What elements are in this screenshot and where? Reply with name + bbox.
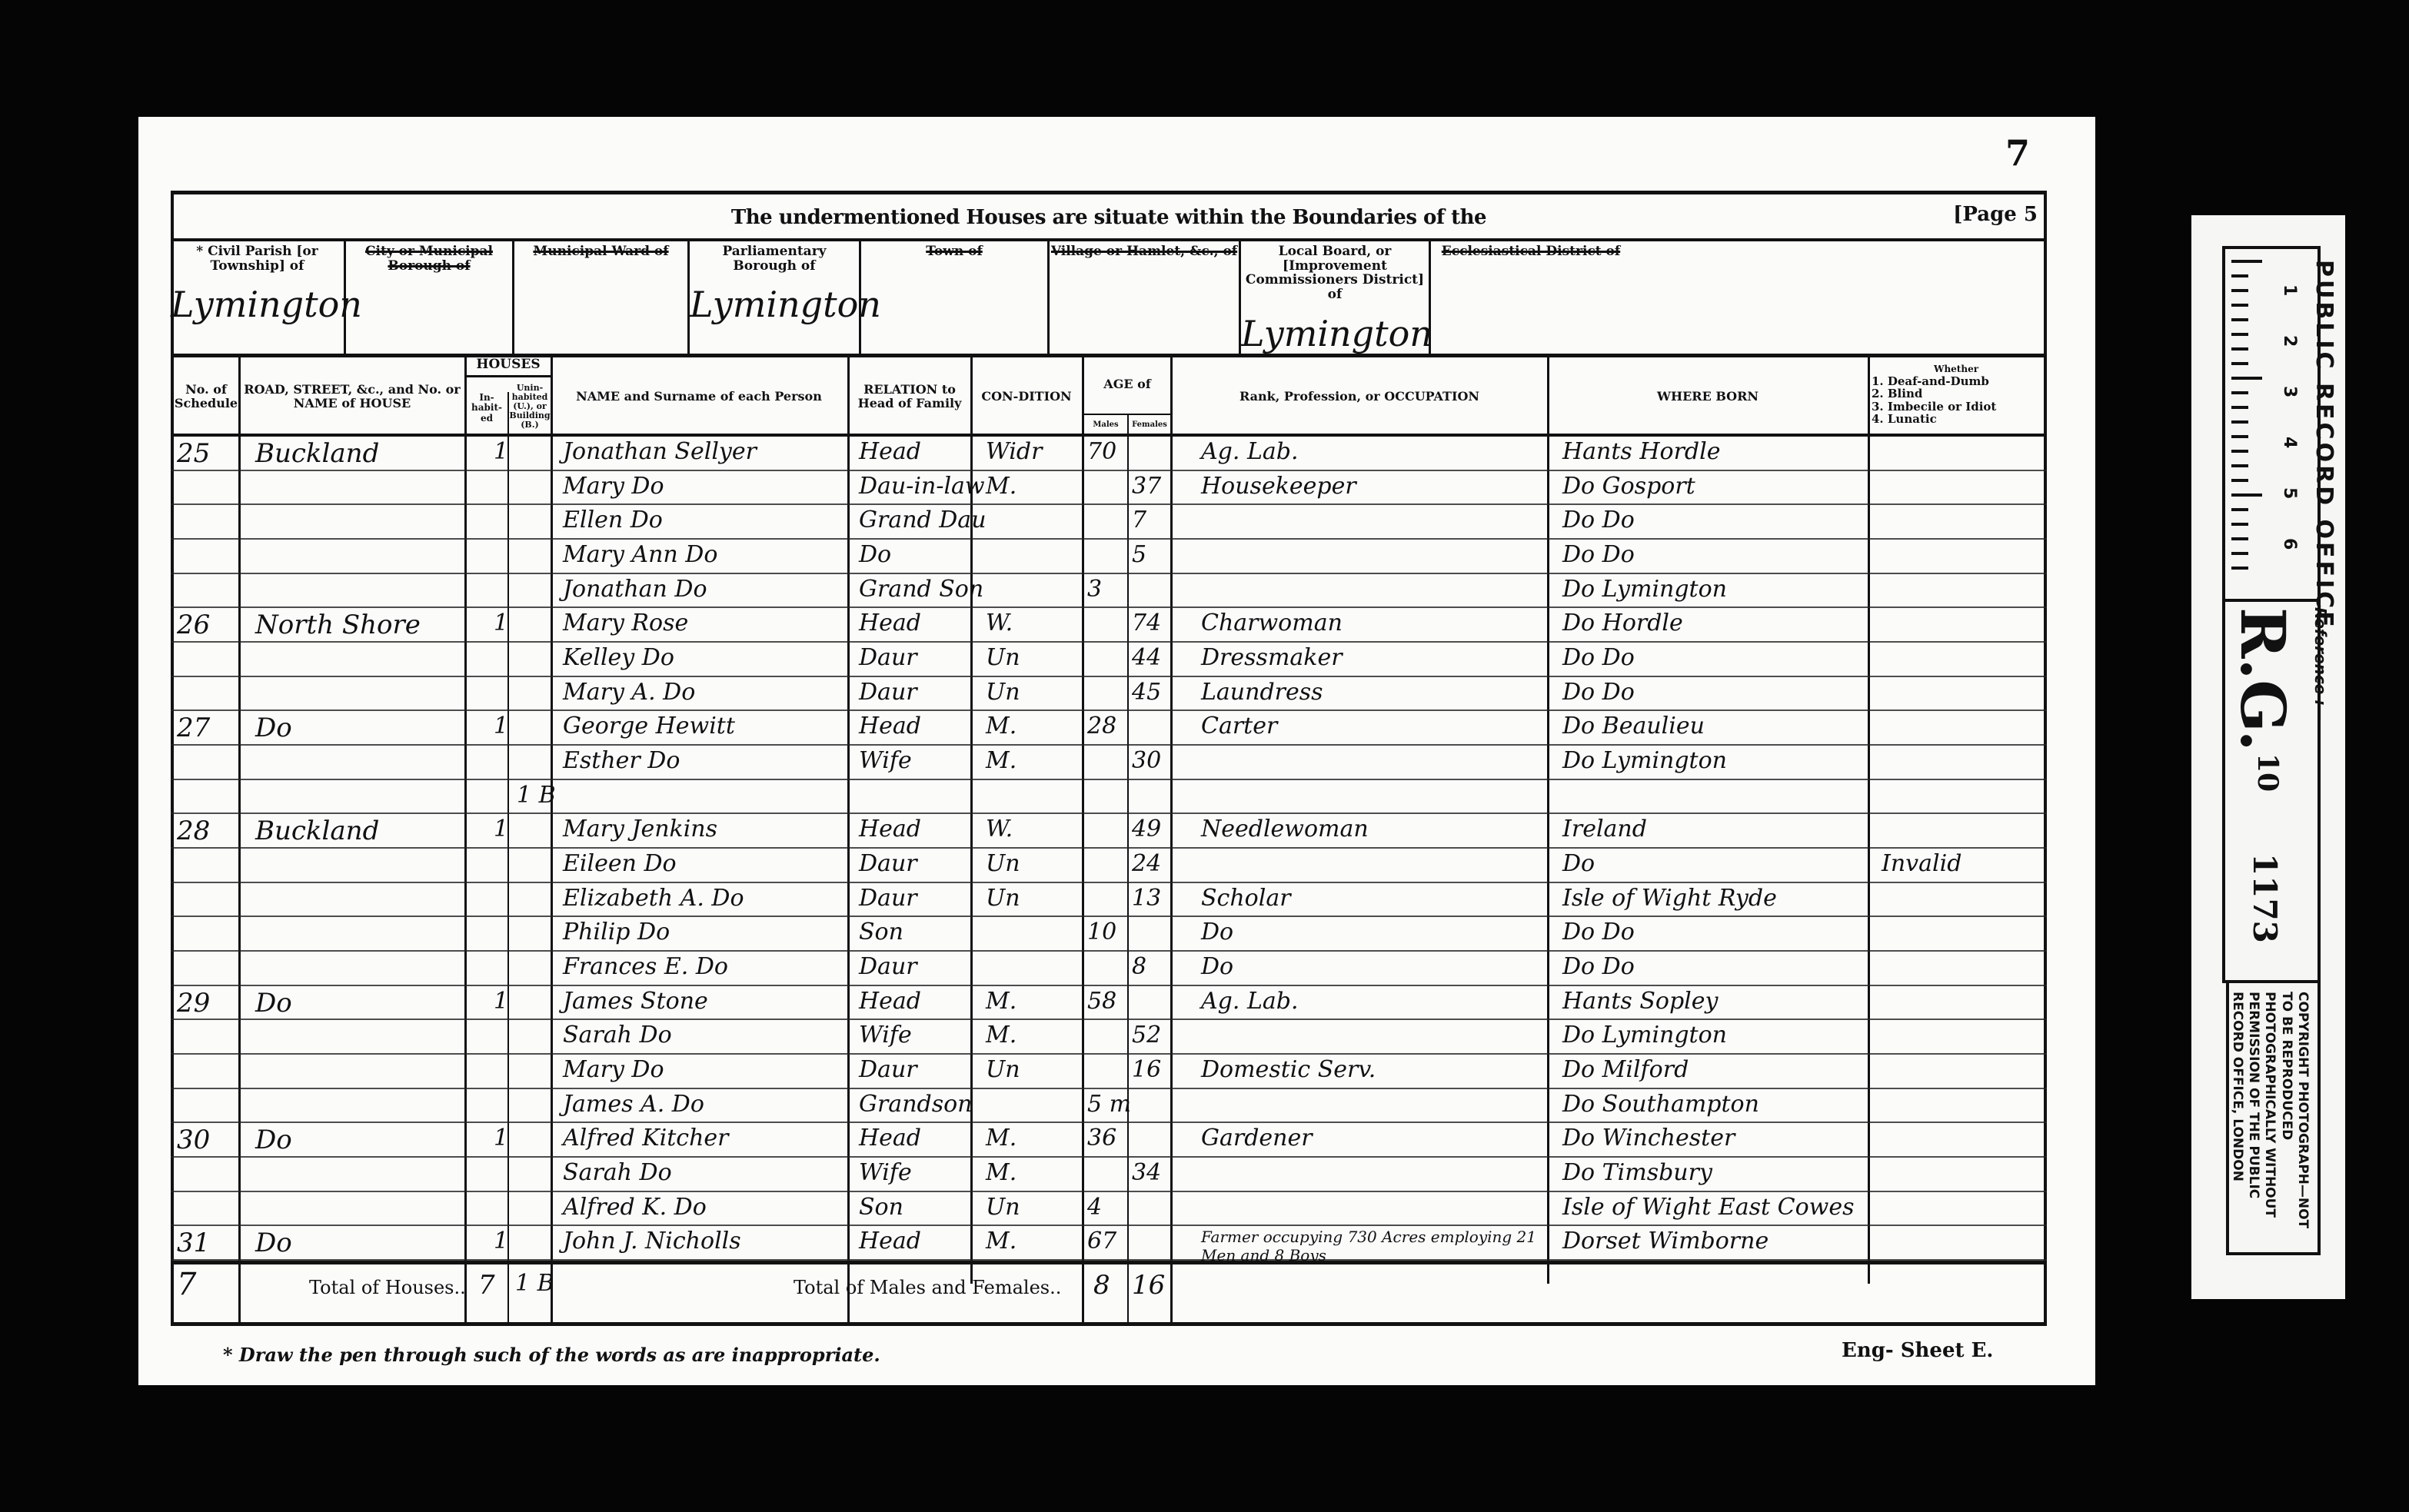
table-row: Eileen DoDaurUn24DoInvalid [171, 849, 1862, 883]
cell-name: George Hewitt [563, 713, 735, 739]
cell-road: Buckland [255, 816, 379, 846]
cell-occupation: Gardener [1201, 1125, 1313, 1151]
totals-schedule-mark: 7 [177, 1267, 196, 1302]
cell-condition: W. [986, 816, 1013, 842]
cell-road: Buckland [255, 438, 379, 469]
cell-female-age: 34 [1132, 1159, 1161, 1186]
cell-where-born: Do Do [1562, 644, 1635, 671]
cell-name: Elizabeth A. Do [563, 885, 744, 912]
table-row: 28Buckland1Mary JenkinsHeadW.49Needlewom… [171, 814, 1862, 849]
totals-houses-inhabited: 7 [478, 1270, 495, 1301]
cell-uninhabited: 1 B [517, 782, 556, 809]
cell-inhabited: 1 [494, 988, 508, 1015]
cell-relation: Grandson [859, 1091, 973, 1118]
cell-female-age: 52 [1132, 1022, 1161, 1048]
cell-relation: Head [859, 610, 921, 636]
cell-relation: Head [859, 1125, 921, 1151]
ruler-tick [2231, 362, 2248, 365]
reference-series: R.G. [2227, 607, 2299, 752]
cell-where-born: Do Do [1562, 919, 1635, 945]
cell-condition: Un [986, 1194, 1020, 1221]
cell-name: Mary Ann Do [563, 541, 717, 568]
scale-number: 3 [2280, 386, 2299, 397]
cell-name: Mary Rose [563, 610, 688, 636]
cell-name: Alfred K. Do [563, 1194, 707, 1221]
header-divider [171, 354, 2047, 357]
col-inhabited: In-habit-ed [467, 381, 507, 435]
reference-piece: 1173 [2246, 853, 2284, 943]
civil-parish-value: Lymington [171, 284, 344, 325]
cell-name: Eileen Do [563, 850, 677, 877]
cell-male-age: 4 [1087, 1194, 1102, 1221]
cell-condition: M. [986, 1125, 1017, 1151]
area-municipal-ward: Municipal Ward of [514, 238, 687, 354]
reference-label: Reference :— [2311, 607, 2330, 721]
cell-occupation: Do [1201, 919, 1233, 945]
totals-males: 8 [1093, 1270, 1110, 1301]
cell-relation: Daur [859, 644, 917, 671]
census-form: The undermentioned Houses are situate wi… [171, 191, 2047, 1324]
cell-occupation: Domestic Serv. [1201, 1056, 1376, 1083]
cell-where-born: Do [1562, 850, 1595, 877]
cell-road: Do [255, 1228, 292, 1258]
cell-female-age: 5 [1132, 541, 1146, 568]
parliamentary-borough-value: Lymington [690, 284, 859, 325]
cell-relation: Head [859, 816, 921, 842]
ruler-tick [2231, 304, 2248, 307]
ruler-tick [2231, 552, 2248, 555]
cell-where-born: Do Do [1562, 507, 1635, 533]
cell-name: Ellen Do [563, 507, 663, 533]
col-uninhabited: Unin-habited (U.), or Building (B.) [509, 378, 551, 435]
table-row: Frances E. DoDaur8DoDo Do [171, 952, 1862, 986]
cell-where-born: Do Milford [1562, 1056, 1689, 1083]
table-row: 31Do1John J. NichollsHeadM.67Farmer occu… [171, 1226, 1862, 1261]
cell-condition: M. [986, 1228, 1017, 1254]
cell-female-age: 7 [1132, 507, 1146, 533]
ruler-tick [2231, 479, 2248, 482]
table-row: 26North Shore1Mary RoseHeadW.74Charwoman… [171, 608, 1862, 643]
table-row: Elizabeth A. DoDaurUn13ScholarIsle of Wi… [171, 883, 1862, 918]
cell-occupation: Needlewoman [1201, 816, 1369, 842]
scale-number: 2 [2280, 335, 2299, 347]
table-row: 1 B [171, 780, 1862, 815]
cell-relation: Daur [859, 1056, 917, 1083]
cell-where-born: Do Lymington [1562, 576, 1727, 603]
cell-name: Jonathan Do [563, 576, 707, 603]
cell-occupation: Ag. Lab. [1201, 988, 1299, 1015]
cell-male-age: 5 m [1087, 1091, 1131, 1118]
cell-female-age: 74 [1132, 610, 1161, 636]
area-village: Village or Hamlet, &c., of [1050, 238, 1239, 354]
cell-male-age: 3 [1087, 576, 1102, 603]
ruler-tick [2231, 537, 2248, 540]
cell-relation: Son [859, 919, 903, 945]
cell-condition: M. [986, 473, 1017, 500]
area-town: Town of [861, 238, 1047, 354]
table-row: Mary DoDau-in-lawM.37HousekeeperDo Gospo… [171, 471, 1862, 506]
cell-female-age: 45 [1132, 679, 1161, 706]
cell-female-age: 49 [1132, 816, 1161, 842]
table-row: James A. DoGrandson5 mDo Southampton [171, 1089, 1862, 1124]
cell-name: James Stone [563, 988, 708, 1015]
scale-number: 1 [2280, 284, 2299, 296]
cell-relation: Daur [859, 885, 917, 912]
cell-female-age: 30 [1132, 747, 1161, 774]
cell-schedule: 26 [177, 610, 210, 640]
cell-where-born: Do Do [1562, 679, 1635, 706]
cell-occupation: Scholar [1201, 885, 1291, 912]
cell-occupation: Dressmaker [1201, 644, 1343, 671]
ruler-tick [2231, 450, 2248, 453]
cell-relation: Grand Dau [859, 507, 987, 533]
sheet-label: Eng- Sheet E. [1842, 1339, 1993, 1362]
cell-name: Alfred Kitcher [563, 1125, 728, 1151]
ruler-tick [2231, 347, 2248, 351]
cell-name: Mary Do [563, 1056, 664, 1083]
cell-road: Do [255, 713, 292, 743]
col-schedule: No. of Schedule [174, 361, 238, 432]
cell-relation: Wife [859, 1159, 912, 1186]
page-corner-number: 7 [2005, 132, 2030, 174]
ruler-tick [2231, 260, 2262, 263]
cell-name: Mary Do [563, 473, 664, 500]
cell-name: Esther Do [563, 747, 680, 774]
cell-condition: Un [986, 679, 1020, 706]
cell-name: John J. Nicholls [563, 1228, 741, 1254]
form-title: The undermentioned Houses are situate wi… [171, 206, 2047, 229]
ruler-tick [2231, 523, 2248, 526]
cell-condition: Un [986, 850, 1020, 877]
col-road: ROAD, STREET, &c., and No. or NAME of HO… [241, 361, 464, 432]
cell-disability: Invalid [1882, 850, 1961, 877]
cell-inhabited: 1 [494, 1125, 508, 1151]
cell-male-age: 10 [1087, 919, 1116, 945]
area-local-board: Local Board, or [Improvement Commissione… [1241, 238, 1429, 354]
cell-occupation: Ag. Lab. [1201, 438, 1299, 465]
cell-inhabited: 1 [494, 610, 508, 636]
cell-road: North Shore [255, 610, 421, 640]
table-row: 25Buckland1Jonathan SellyerHeadWidr70Ag.… [171, 437, 1862, 471]
cell-occupation: Housekeeper [1201, 473, 1356, 500]
reference-strip: PUBLIC RECORD OFFICE Reference :— R.G. 1… [2191, 215, 2345, 1299]
col-disability: Whether 1. Deaf-and-Dumb 2. Blind 3. Imb… [1872, 360, 2041, 430]
bottom-border [171, 1322, 2047, 1326]
cell-occupation: Charwoman [1201, 610, 1343, 636]
cell-schedule: 27 [177, 713, 210, 743]
scale-number: 6 [2280, 538, 2299, 550]
cell-female-age: 24 [1132, 850, 1161, 877]
table-row: Ellen DoGrand Dau7Do Do [171, 505, 1862, 540]
cell-where-born: Do Do [1562, 541, 1635, 568]
cell-female-age: 13 [1132, 885, 1161, 912]
ruler-tick [2231, 464, 2248, 467]
cell-where-born: Do Hordle [1562, 610, 1683, 636]
cell-condition: M. [986, 1022, 1017, 1048]
table-row: Kelley DoDaurUn44DressmakerDo Do [171, 643, 1862, 677]
cell-where-born: Do Do [1562, 953, 1635, 980]
cell-occupation: Laundress [1201, 679, 1323, 706]
ruler-box [2222, 246, 2321, 602]
cell-male-age: 67 [1087, 1228, 1116, 1254]
cell-condition: Un [986, 1056, 1020, 1083]
scale-number: 4 [2280, 437, 2299, 448]
col-females: Females [1129, 416, 1170, 433]
table-row: Mary A. DoDaurUn45LaundressDo Do [171, 677, 1862, 712]
cell-relation: Daur [859, 679, 917, 706]
copyright-notice: COPYRIGHT PHOTOGRAPH—NOT TO BE REPRODUCE… [2229, 992, 2311, 1238]
cell-inhabited: 1 [494, 1228, 508, 1254]
cell-female-age: 44 [1132, 644, 1161, 671]
cell-where-born: Do Winchester [1562, 1125, 1735, 1151]
cell-where-born: Do Lymington [1562, 747, 1727, 774]
cell-where-born: Ireland [1562, 816, 1647, 842]
cell-where-born: Isle of Wight Ryde [1562, 885, 1777, 912]
totals-females: 16 [1132, 1270, 1165, 1301]
cell-name: Philip Do [563, 919, 670, 945]
cell-inhabited: 1 [494, 816, 508, 842]
ruler-tick [2231, 289, 2248, 292]
ruler-tick [2231, 508, 2248, 511]
cell-relation: Head [859, 438, 921, 465]
right-border [2044, 191, 2047, 1324]
col-occupation: Rank, Profession, or OCCUPATION [1173, 361, 1546, 432]
ruler-tick [2231, 420, 2248, 424]
cell-condition: M. [986, 1159, 1017, 1186]
cell-where-born: Do Southampton [1562, 1091, 1759, 1118]
local-board-value: Lymington [1241, 313, 1429, 354]
cell-name: James A. Do [563, 1091, 704, 1118]
cell-where-born: Hants Hordle [1562, 438, 1720, 465]
cell-where-born: Do Lymington [1562, 1022, 1727, 1048]
table-row: Mary Ann DoDo5Do Do [171, 540, 1862, 574]
table-row: Esther DoWifeM.30Do Lymington [171, 746, 1862, 780]
ruler-tick [2231, 391, 2248, 394]
ruler-tick [2231, 493, 2262, 497]
cell-name: Mary Jenkins [563, 816, 717, 842]
reference-class: 10 [2251, 753, 2284, 792]
cell-occupation: Carter [1201, 713, 1277, 739]
cell-female-age: 16 [1132, 1056, 1161, 1083]
table-row: 29Do1James StoneHeadM.58Ag. Lab.Hants So… [171, 986, 1862, 1021]
cell-name: Sarah Do [563, 1022, 672, 1048]
col-houses: HOUSES [467, 356, 550, 373]
area-civil-parish: * Civil Parish [or Township] of Lymingto… [171, 238, 344, 354]
cell-female-age: 8 [1132, 953, 1146, 980]
cell-relation: Grand Son [859, 576, 983, 603]
cell-where-born: Do Timsbury [1562, 1159, 1712, 1186]
table-row: Philip DoSon10DoDo Do [171, 917, 1862, 952]
table-row: Sarah DoWifeM.52Do Lymington [171, 1020, 1862, 1055]
cell-name: Mary A. Do [563, 679, 695, 706]
area-parliamentary-borough: Parliamentary Borough of Lymington [690, 238, 859, 354]
cell-inhabited: 1 [494, 713, 508, 739]
cell-relation: Dau-in-law [859, 473, 985, 500]
cell-road: Do [255, 988, 292, 1019]
cell-relation: Wife [859, 1022, 912, 1048]
cell-where-born: Do Beaulieu [1562, 713, 1705, 739]
ruler-tick [2231, 318, 2248, 321]
cell-male-age: 70 [1087, 438, 1116, 465]
cell-relation: Wife [859, 747, 912, 774]
ruler-tick [2231, 406, 2248, 409]
totals-houses-uninhabited: 1 B [515, 1270, 554, 1297]
table-row: Sarah DoWifeM.34Do Timsbury [171, 1158, 1862, 1192]
table-row: 27Do1George HewittHeadM.28CarterDo Beaul… [171, 711, 1862, 746]
cell-relation: Daur [859, 850, 917, 877]
area-ecclesiastical: Ecclesiastical District of [1431, 238, 1631, 354]
ruler-tick [2231, 333, 2248, 336]
cell-road: Do [255, 1125, 292, 1155]
top-border [171, 191, 2047, 194]
cell-name: Jonathan Sellyer [563, 438, 757, 465]
ruler-tick [2231, 567, 2248, 570]
cell-schedule: 29 [177, 988, 210, 1019]
cell-occupation: Farmer occupying 730 Acres employing 21 … [1201, 1228, 1539, 1264]
cell-where-born: Isle of Wight East Cowes [1562, 1194, 1854, 1221]
cell-where-born: Hants Sopley [1562, 988, 1718, 1015]
cell-male-age: 58 [1087, 988, 1116, 1015]
cell-inhabited: 1 [494, 438, 508, 465]
table-row: Alfred K. DoSonUn4Isle of Wight East Cow… [171, 1192, 1862, 1227]
col-males: Males [1084, 416, 1127, 433]
cell-schedule: 30 [177, 1125, 210, 1155]
footnote: * Draw the pen through such of the words… [223, 1344, 880, 1366]
ruler-tick [2231, 435, 2248, 438]
cell-relation: Head [859, 1228, 921, 1254]
cell-condition: Widr [986, 438, 1042, 465]
cell-schedule: 31 [177, 1228, 210, 1258]
cell-condition: Un [986, 644, 1020, 671]
cell-relation: Do [859, 541, 891, 568]
cell-name: Kelley Do [563, 644, 674, 671]
cell-relation: Head [859, 988, 921, 1015]
area-municipal-borough: City or Municipal Borough of [346, 238, 512, 354]
cell-relation: Head [859, 713, 921, 739]
table-row: 30Do1Alfred KitcherHeadM.36GardenerDo Wi… [171, 1123, 1862, 1158]
col-where-born: WHERE BORN [1549, 361, 1866, 432]
ruler-tick [2231, 377, 2262, 380]
cell-female-age: 37 [1132, 473, 1161, 500]
col-name: NAME and Surname of each Person [553, 361, 845, 432]
cell-condition: M. [986, 747, 1017, 774]
cell-schedule: 25 [177, 438, 210, 469]
totals-divider [171, 1261, 2047, 1264]
cell-relation: Son [859, 1194, 903, 1221]
totals-houses-label: Total of Houses.. [309, 1277, 466, 1298]
cell-relation: Daur [859, 953, 917, 980]
cell-occupation: Do [1201, 953, 1233, 980]
ruler-tick [2231, 274, 2248, 277]
cell-condition: M. [986, 713, 1017, 739]
table-row: Mary DoDaurUn16Domestic Serv.Do Milford [171, 1055, 1862, 1089]
cell-name: Sarah Do [563, 1159, 672, 1186]
cell-condition: M. [986, 988, 1017, 1015]
cell-male-age: 36 [1087, 1125, 1116, 1151]
scale-number: 5 [2280, 487, 2299, 499]
table-row: Jonathan DoGrand Son3Do Lymington [171, 574, 1862, 609]
cell-condition: W. [986, 610, 1013, 636]
cell-schedule: 28 [177, 816, 210, 846]
cell-where-born: Do Gosport [1562, 473, 1695, 500]
public-record-office-label: PUBLIC RECORD OFFICE [2311, 260, 2337, 630]
cell-where-born: Dorset Wimborne [1562, 1228, 1768, 1254]
cell-name: Frances E. Do [563, 953, 728, 980]
cell-male-age: 28 [1087, 713, 1116, 739]
page-label: [Page 5 [1953, 203, 2038, 226]
col-condition: CON-DITION [973, 361, 1080, 432]
totals-persons-label: Total of Males and Females.. [794, 1277, 1061, 1298]
cell-condition: Un [986, 885, 1020, 912]
col-relation: RELATION to Head of Family [850, 361, 970, 432]
col-age: AGE of [1084, 361, 1170, 407]
